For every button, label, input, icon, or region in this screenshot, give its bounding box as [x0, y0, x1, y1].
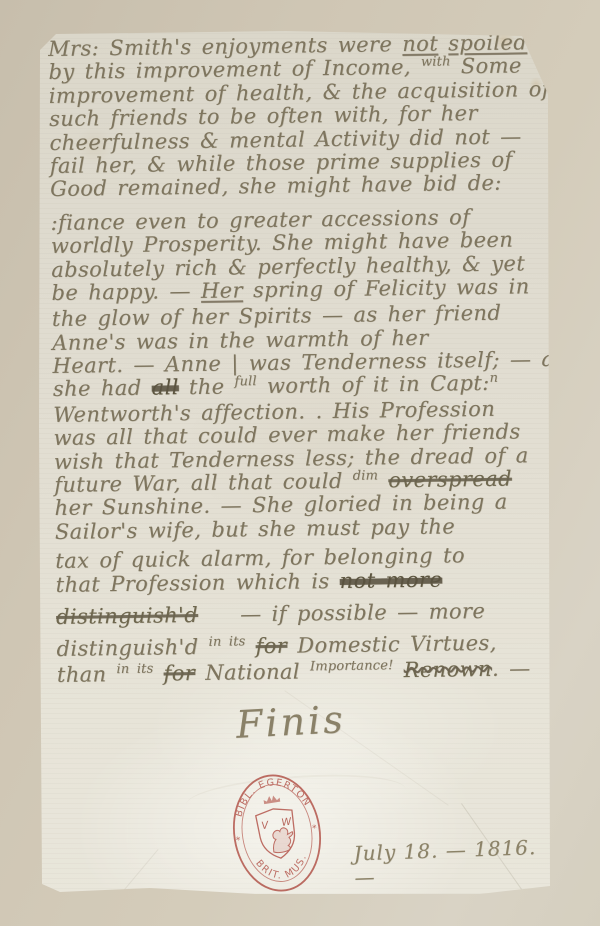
manuscript-segment [378, 468, 388, 492]
manuscript-segment: not [402, 32, 438, 56]
manuscript-segment [153, 661, 163, 685]
manuscript-line: Sailor's wife, but she must pay the [55, 514, 557, 544]
manuscript-segment: Domestic Virtues, [287, 631, 497, 658]
shield-letter-v: V [261, 820, 271, 832]
manuscript-segment: was Tenderness itself; — and [239, 347, 583, 376]
manuscript-segment: Importance! [310, 666, 394, 667]
manuscript-segment: Good remained, she might have bid de: [50, 171, 502, 201]
manuscript-segment: that Profession which is [55, 569, 339, 597]
manuscript-photograph: Mrs: Smith's enjoyments were not spoiled… [0, 0, 600, 926]
manuscript-line: distinguish'd — if possible — more [56, 599, 558, 629]
manuscript-segment: worth of it in Capt: [257, 371, 490, 398]
manuscript-segment: the [179, 375, 235, 400]
manuscript-segment: Renown [404, 657, 493, 682]
manuscript-segment: Some [451, 54, 522, 79]
manuscript-segment: not more [340, 567, 443, 592]
manuscript-segment: in its [117, 669, 154, 670]
manuscript-segment: for [255, 634, 287, 658]
manuscript-segment: National [195, 659, 310, 685]
manuscript-segment: — if possible — more [240, 599, 485, 626]
manuscript-text: Mrs: Smith's enjoyments were not spoiled… [48, 31, 559, 687]
manuscript-segment: than [57, 662, 117, 687]
left-star-icon: * [235, 836, 242, 847]
manuscript-segment: Sailor's wife, but she must pay the [55, 514, 455, 544]
lion-rampant-icon [270, 827, 295, 854]
manuscript-segment: spoiled [448, 30, 527, 55]
manuscript-segment: distinguish'd [56, 603, 198, 629]
date-inscription: July 18. — 1816. — [353, 835, 553, 890]
manuscript-segment: in its [209, 643, 246, 644]
manuscript-segment: be happy. — [51, 279, 201, 305]
manuscript-line: that Profession which is not more [55, 567, 557, 597]
manuscript-segment [438, 31, 448, 55]
manuscript-segment: for [163, 661, 195, 685]
manuscript-segment: distinguish'd [56, 635, 208, 661]
manuscript-line: Good remained, she might have bid de: [50, 171, 552, 201]
manuscript-segment [393, 658, 403, 682]
right-star-icon: * [312, 824, 319, 835]
manuscript-segment: overspread [388, 467, 512, 493]
manuscript-segment [198, 621, 240, 622]
manuscript-segment: . — [492, 656, 531, 681]
manuscript-segment [245, 635, 255, 659]
manuscript-page: Mrs: Smith's enjoyments were not spoiled… [36, 28, 552, 894]
manuscript-segment: all [152, 376, 179, 400]
manuscript-segment: Her [201, 278, 243, 303]
manuscript-segment: Heart. — Anne [52, 352, 231, 378]
manuscript-segment: spring of Felicity was in [243, 274, 530, 302]
manuscript-segment: she had [53, 376, 152, 401]
